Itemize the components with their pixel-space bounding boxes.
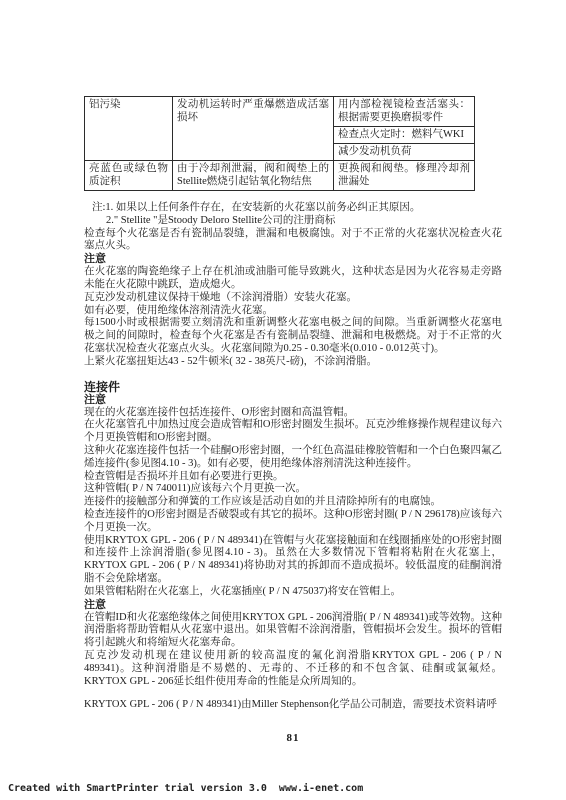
cell-corrective-action: 减少发动机负荷	[334, 144, 475, 161]
diagnostic-table-body: 铝污染发动机运转时严重爆燃造成活塞损坏用内部检视镜检查活塞头：根据需要更换磨损零…	[85, 97, 475, 191]
manual-page: 铝污染发动机运转时严重爆燃造成活塞损坏用内部检视镜检查活塞头：根据需要更换磨损零…	[0, 0, 566, 800]
notice-heading: 注意	[84, 599, 502, 612]
paragraph: 在火花塞管孔中加热过度会造成管帽和O形密封圈发生损坏。瓦克沙维修操作规程建议每六…	[84, 419, 502, 445]
cell-corrective-action: 更换阀和阀垫。修理冷却剂泄漏处	[334, 161, 475, 191]
cell-symptom: 亮蓝色或绿色物质淀积	[85, 161, 173, 191]
cell-cause: 由于冷却剂泄漏，阀和阀垫上的Stellite燃烧引起钴氧化物结焦	[173, 161, 334, 191]
paragraph: 这种管帽( P / N 740011)应该每六个月更换一次。	[84, 483, 502, 496]
paragraph: 连接件的接触部分和弹簧的工作应该是活动自如的并且清除掉所有的电腐蚀。	[84, 496, 502, 509]
notice-heading: 注意	[84, 394, 502, 407]
paragraph: 在管帽ID和火花塞绝缘体之间使用KRYTOX GPL - 206润滑脂( P /…	[84, 612, 502, 650]
paragraph: 每1500小时或根据需要立刻清洗和重新调整火花塞电极之间的间隙。当重新调整火花塞…	[84, 317, 502, 355]
paragraph: 检查连接件的O形密封圈是否破裂或有其它的损坏。这种O形密封圈( P / N 29…	[84, 509, 502, 535]
paragraph: 上紧火花塞扭矩达43 - 52牛顿米( 32 - 38英尺-磅)，不涂润滑脂。	[84, 356, 502, 369]
paragraph: 使用KRYTOX GPL - 206 ( P / N 489341)在管帽与火花…	[84, 535, 502, 586]
spark-plug-diagnostic-table: 铝污染发动机运转时严重爆燃造成活塞损坏用内部检视镜检查活塞头：根据需要更换磨损零…	[84, 96, 475, 191]
table-row: 铝污染发动机运转时严重爆燃造成活塞损坏用内部检视镜检查活塞头：根据需要更换磨损零…	[85, 97, 475, 127]
paragraph: 这种火花塞连接件包括一个硅酮O形密封圈，一个红色高温硅橡胶管帽和一个白色聚四氟乙…	[84, 445, 502, 471]
notice-heading: 注意	[84, 253, 502, 266]
cell-corrective-action: 检查点火定时：燃料气WKI	[334, 127, 475, 144]
paragraph: 在火花塞的陶瓷绝缘子上存在机油或油脂可能导致跳火，这种状态是因为火花容易走旁路未…	[84, 266, 502, 292]
paragraph: 检查管帽是否损坏并且如有必要进行更换。	[84, 471, 502, 484]
page-number: 81	[84, 732, 502, 744]
cell-corrective-action: 用内部检视镜检查活塞头：根据需要更换磨损零件	[334, 97, 475, 127]
paragraph: 如果管帽粘附在火花塞上，火花塞插座( P / N 475037)将安在管帽上。	[84, 586, 502, 599]
cell-cause: 发动机运转时严重爆燃造成活塞损坏	[173, 97, 334, 161]
note-line: 注:1. 如果以上任何条件存在，在安装新的火花塞以前务必纠正其原因。	[84, 202, 502, 215]
paragraph: 现在的火花塞连接件包括连接件、O形密封圈和高温管帽。	[84, 407, 502, 420]
page-content: 铝污染发动机运转时严重爆燃造成活塞损坏用内部检视镜检查活塞头：根据需要更换磨损零…	[84, 96, 502, 744]
note-line: 2." Stellite "是Stoody Deloro Stellite公司的…	[84, 215, 502, 228]
paragraph: KRYTOX GPL - 206 ( P / N 489341)由Miller …	[84, 699, 502, 712]
paragraph: 瓦克沙发动机建议保持干燥地（不涂润滑脂）安装火花塞。	[84, 292, 502, 305]
document-body-flow: 注:1. 如果以上任何条件存在，在安装新的火花塞以前务必纠正其原因。2." St…	[84, 202, 502, 712]
footer-credit: Created with SmartPrinter trial version …	[8, 783, 363, 794]
paragraph: 检查每个火花塞是否有瓷制品裂缝，泄漏和电极腐蚀。对于不正常的火花塞状况检查火花塞…	[84, 228, 502, 254]
paragraph: 瓦克沙发动机现在建议使用新的较高温度的氟化润滑脂KRYTOX GPL - 206…	[84, 650, 502, 688]
paragraph: 如有必要，使用绝缘体溶剂清洗火花塞。	[84, 305, 502, 318]
cell-symptom: 铝污染	[85, 97, 173, 161]
section-heading: 连接件	[84, 380, 502, 394]
table-row: 亮蓝色或绿色物质淀积由于冷却剂泄漏，阀和阀垫上的Stellite燃烧引起钴氧化物…	[85, 161, 475, 191]
